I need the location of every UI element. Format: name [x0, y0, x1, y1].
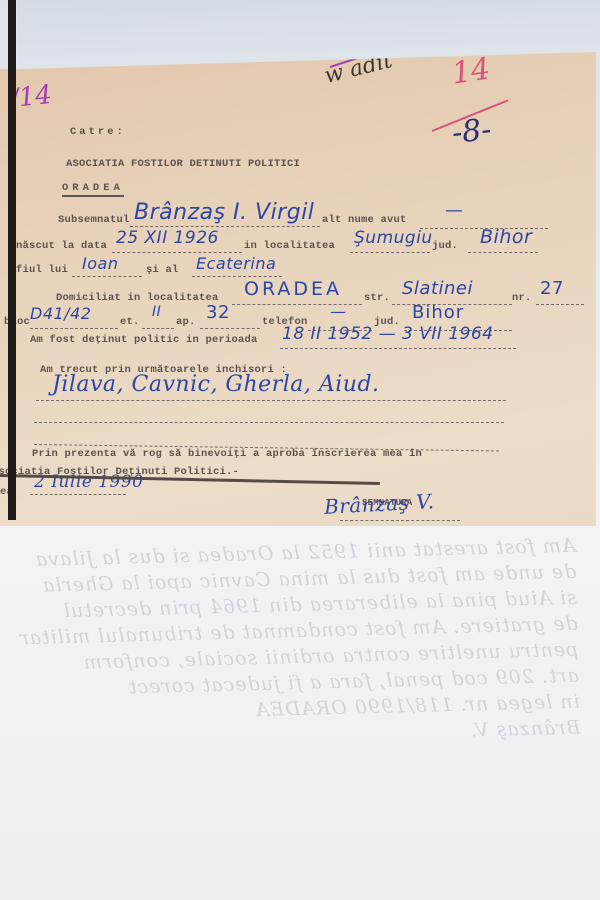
father-label: fiul lui: [16, 264, 68, 276]
county2-value: Bihor: [412, 302, 464, 323]
signature: Brânzaş V.: [323, 489, 435, 519]
county-value: Bihor: [480, 226, 532, 248]
born-label: născut la data: [16, 240, 107, 252]
other-name-label: alt nume avut: [322, 214, 407, 226]
street-label: str.: [364, 292, 390, 304]
undersigned-value: Brânzaş I. Virgil: [134, 200, 314, 225]
red-folio-number: 14: [450, 52, 493, 92]
field-underline: [142, 328, 174, 329]
field-underline: [72, 276, 142, 277]
application-form: /14 w adit 14 -8- Catre: ASOCIATIA FOSTI…: [0, 52, 596, 526]
apartment-value: 32: [206, 302, 230, 323]
street-value: Slatinei: [402, 278, 473, 299]
to-label: Catre:: [70, 126, 126, 138]
field-underline: [536, 304, 584, 305]
field-underline: [350, 252, 430, 253]
detention-value: 18 II 1952 — 3 VII 1964: [282, 324, 494, 344]
phone-value: —: [330, 302, 347, 321]
county-label: jud.: [432, 240, 458, 252]
number-value: 27: [540, 278, 564, 299]
undersigned-label: Subsemnatul: [58, 214, 130, 226]
floor-label: et.: [120, 316, 140, 328]
field-underline: [36, 400, 506, 401]
number-label: nr.: [512, 292, 532, 304]
field-underline: [280, 348, 516, 349]
field-underline: [468, 252, 538, 253]
locality-value: Şumugiu: [354, 228, 433, 248]
floor-value: II: [152, 304, 161, 320]
prisons-value: Jilava, Cavnic, Gherla, Aiud.: [52, 372, 380, 397]
field-underline: [200, 328, 260, 329]
detention-label: Am fost deţinut politic in perioada: [30, 334, 258, 346]
father-value: Ioan: [82, 254, 118, 273]
apartment-label: ap.: [176, 316, 196, 328]
blue-page-number: -8-: [450, 112, 493, 151]
other-name-value: —: [445, 200, 464, 221]
residence-label: Domiciliat in localitatea: [56, 292, 219, 304]
city-heading: ORADEA: [62, 182, 124, 197]
residence-value: ORADEA: [244, 278, 342, 300]
mother-label: şi al: [146, 264, 179, 276]
mother-value: Ecaterina: [196, 254, 276, 273]
field-underline: [130, 226, 320, 227]
field-underline: [30, 494, 126, 495]
signature-line: [340, 520, 460, 521]
bleed-through-handwriting: Am fost arestat anii 1952 la Oradea si d…: [15, 533, 584, 900]
field-underline: [192, 276, 282, 277]
blank-line: [34, 422, 504, 423]
binder-edge: [8, 0, 16, 520]
locality-label: in localitatea: [244, 240, 335, 252]
field-underline: [112, 252, 242, 253]
block-value: D41/42: [30, 304, 91, 323]
field-underline: [30, 328, 118, 329]
organization-name: ASOCIATIA FOSTILOR DETINUTI POLITICI: [66, 158, 300, 170]
born-value: 25 XII 1926: [116, 228, 219, 248]
request-line1: Prin prezenta vă rog să binevoiţi a apro…: [32, 448, 422, 460]
